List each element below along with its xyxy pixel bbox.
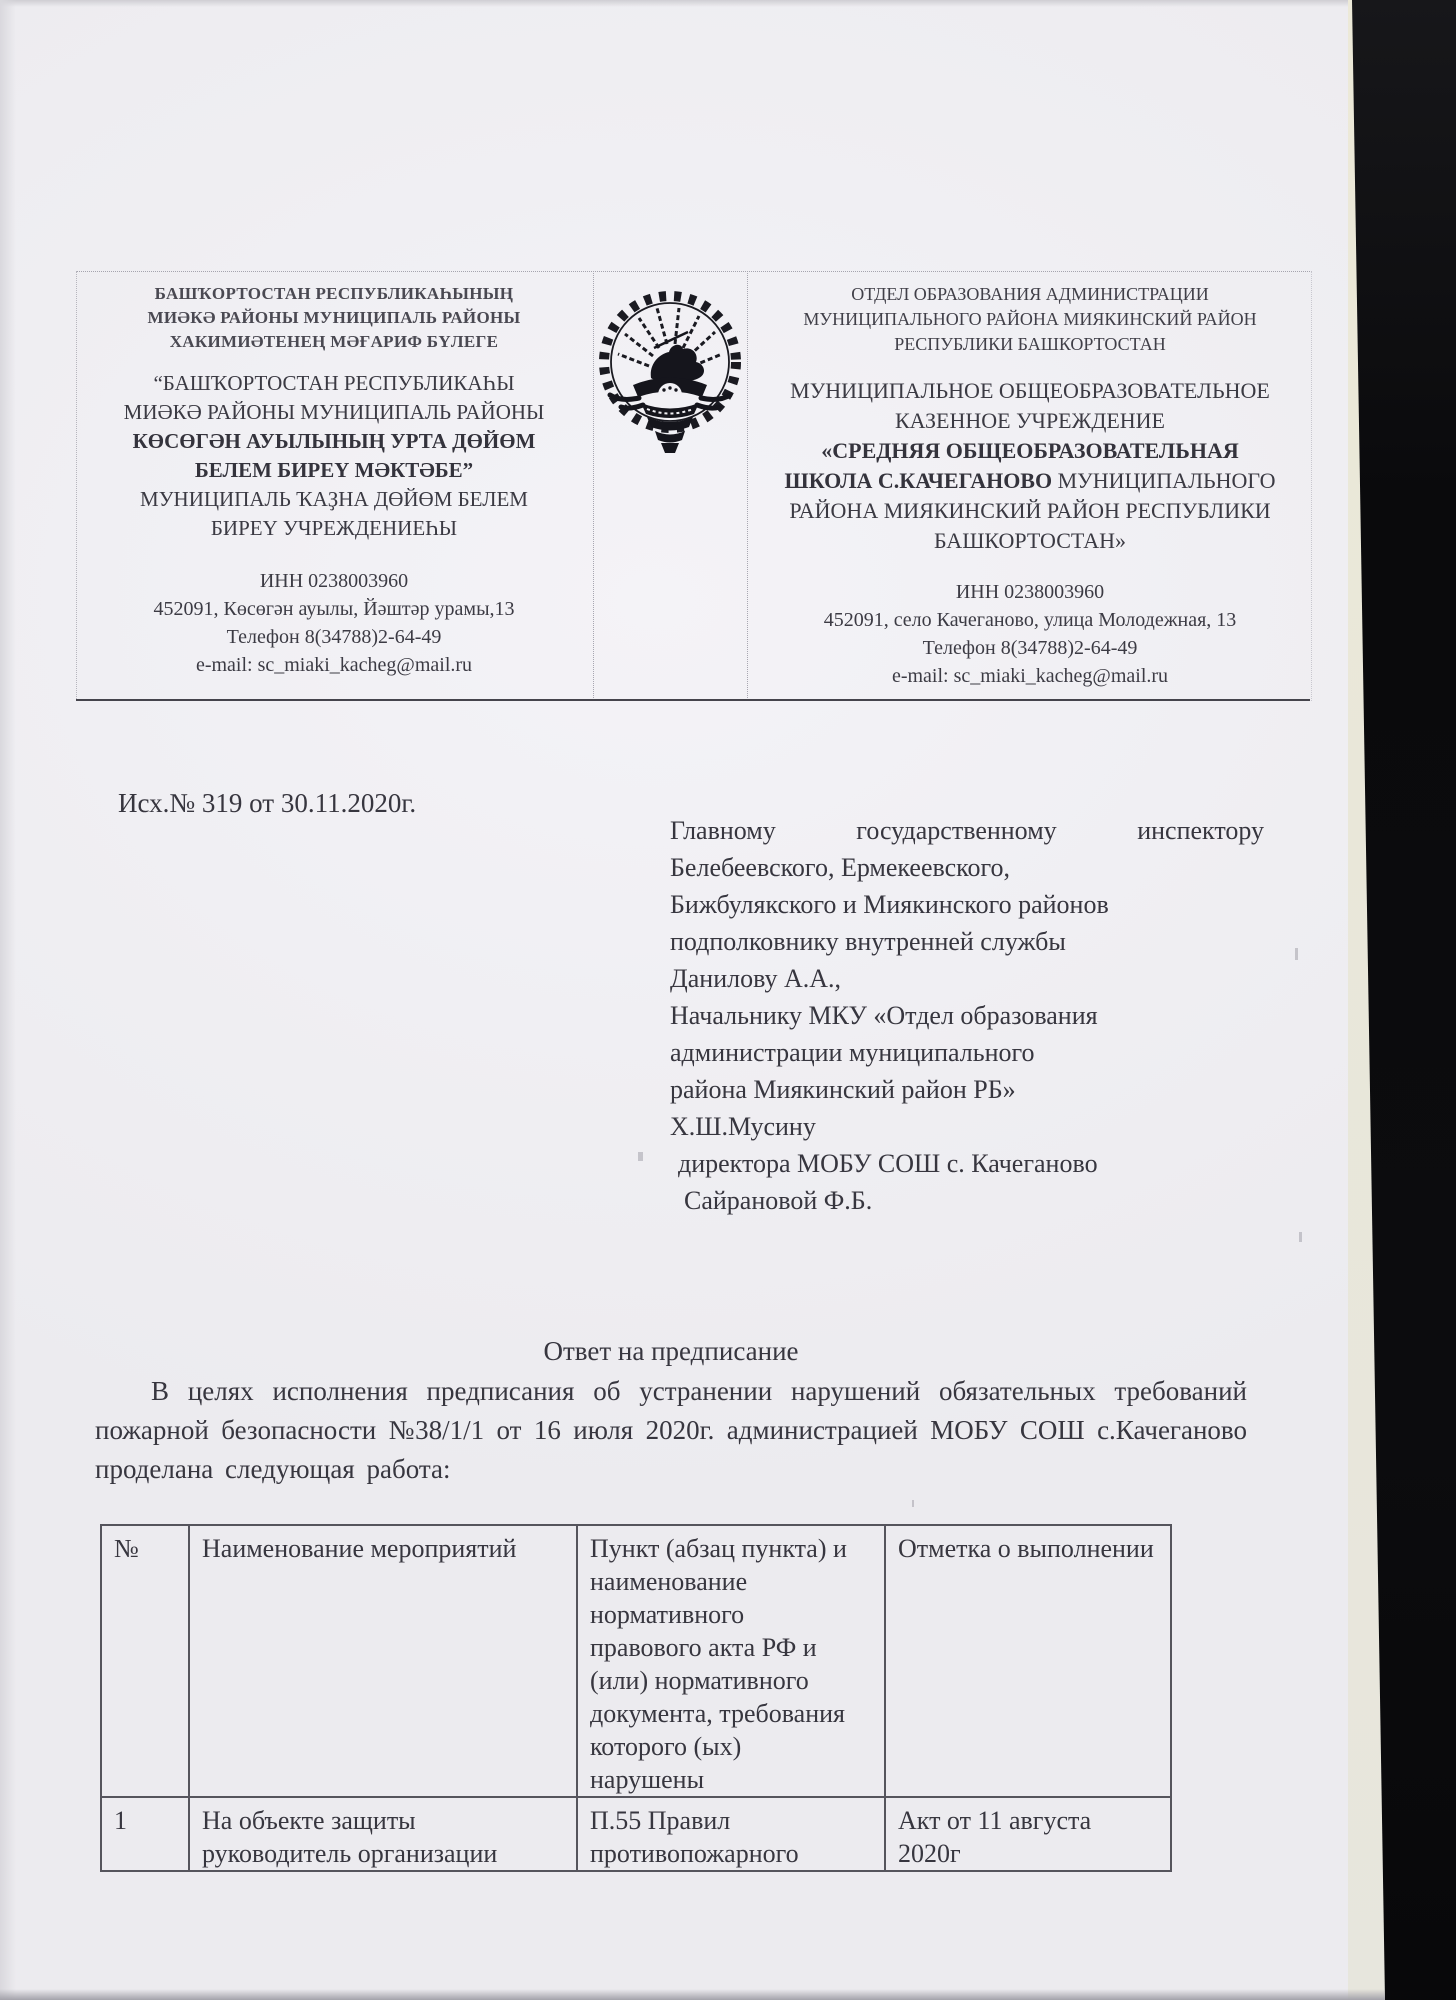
letterhead-divider-right [747,271,748,700]
paper-bottom-edge [0,1989,1385,2000]
body-paragraph: В целях исполнения предписания об устран… [95,1372,1247,1489]
letterhead-left-column: БАШҠОРТОСТАН РЕСПУБЛИКАҺЫНЫҢ МИӘКӘ РАЙОН… [80,282,588,679]
right-org-line: БАШКОРТОСТАН» [752,526,1308,556]
body-title: Ответ на предписание [95,1336,1247,1367]
table-header-status: Отметка о выполнении [885,1525,1171,1797]
table-cell-regulation: П.55 Правил противопожарного [577,1797,885,1871]
addressee-word: государственному [856,812,1056,849]
addressee-line: администрации муниципального [670,1034,1264,1071]
right-email: e-mail: sc_miaki_kacheg@mail.ru [752,662,1308,690]
addressee-line: директора МОБУ СОШ с. Качеганово [670,1145,1264,1182]
left-inn: ИНН 0238003960 [80,567,588,595]
right-org-regular-part: МУНИЦИПАЛЬНОГО [1052,468,1275,493]
scan-artifact [638,1152,643,1161]
bashkortostan-coat-of-arms-icon [594,286,746,458]
left-email: e-mail: sc_miaki_kacheg@mail.ru [80,651,588,679]
left-phone: Телефон 8(34788)2-64-49 [80,623,588,651]
table-header-row: № Наименование мероприятий Пункт (абзац … [101,1525,1171,1797]
addressee-line: подполковнику внутренней службы [670,923,1264,960]
scanned-document-page: БАШҠОРТОСТАН РЕСПУБЛИКАҺЫНЫҢ МИӘКӘ РАЙОН… [0,0,1456,2000]
table-row: 1 На объекте защиты руководитель организ… [101,1797,1171,1871]
addressee-line: Белебеевского, Ермекеевского, [670,849,1264,886]
addressee-line: Х.Ш.Мусину [670,1108,1264,1145]
addressee-line: Главному государственному инспектору [670,812,1264,849]
addressee-line: Начальнику МКУ «Отдел образования [670,997,1264,1034]
scan-artifact [1299,1232,1302,1242]
left-address: 452091, Көсөгән ауылы, Йәштәр урамы,13 [80,595,588,623]
right-dept-line: РЕСПУБЛИКИ БАШКОРТОСТАН [752,332,1308,357]
response-table: № Наименование мероприятий Пункт (абзац … [100,1524,1172,1872]
right-org-line: МУНИЦИПАЛЬНОЕ ОБЩЕОБРАЗОВАТЕЛЬНОЕ [752,376,1308,406]
right-org-line: «СРЕДНЯЯ ОБЩЕОБРАЗОВАТЕЛЬНАЯ [752,436,1308,466]
table-cell-number: 1 [101,1797,189,1871]
right-org-line: РАЙОНА МИЯКИНСКИЙ РАЙОН РЕСПУБЛИКИ [752,496,1308,526]
addressee-line: района Миякинский район РБ» [670,1071,1264,1108]
left-org-line: МИӘКӘ РАЙОНЫ МУНИЦИПАЛЬ РАЙОНЫ [80,398,588,427]
left-dept-line: ХАКИМИӘТЕНЕҢ МӘҒАРИФ БҮЛЕГЕ [80,330,588,354]
scan-artifact [912,1500,914,1507]
right-address: 452091, село Качеганово, улица Молодежна… [752,606,1308,634]
left-dept-line: МИӘКӘ РАЙОНЫ МУНИЦИПАЛЬ РАЙОНЫ [80,306,588,330]
right-dept-line: МУНИЦИПАЛЬНОГО РАЙОНА МИЯКИНСКИЙ РАЙОН [752,307,1308,332]
table-header-measure: Наименование мероприятий [189,1525,577,1797]
scan-artifact [1295,948,1298,960]
addressee-line: Сайрановой Ф.Б. [670,1182,1264,1219]
right-phone: Телефон 8(34788)2-64-49 [752,634,1308,662]
letterhead-right-column: ОТДЕЛ ОБРАЗОВАНИЯ АДМИНИСТРАЦИИ МУНИЦИПА… [752,282,1308,690]
right-org-bold-part: ШКОЛА С.КАЧЕГАНОВО [785,468,1053,493]
addressee-line: Бижбулякского и Миякинского районов [670,886,1264,923]
right-dept-line: ОТДЕЛ ОБРАЗОВАНИЯ АДМИНИСТРАЦИИ [752,282,1308,307]
right-org-line: КАЗЕННОЕ УЧРЕЖДЕНИЕ [752,406,1308,436]
table-header-number: № [101,1525,189,1797]
letterhead-rule [76,699,1310,701]
addressee-word: инспектору [1137,812,1264,849]
reference-number: Исх.№ 319 от 30.11.2020г. [118,788,416,819]
table-cell-status: Акт от 11 августа 2020г [885,1797,1171,1871]
left-org-line: “БАШҠОРТОСТАН РЕСПУБЛИКАҺЫ [80,369,588,398]
left-org-line: БИРЕҮ УЧРЕЖДЕНИЕҺЫ [80,514,588,543]
addressee-line: Данилову А.А., [670,960,1264,997]
left-org-line: БЕЛЕМ БИРЕҮ МӘКТӘБЕ” [80,456,588,485]
left-dept-line: БАШҠОРТОСТАН РЕСПУБЛИКАҺЫНЫҢ [80,282,588,306]
left-org-line: МУНИЦИПАЛЬ ҠАҘНА ДӨЙӨМ БЕЛЕМ [80,485,588,514]
addressee-block: Главному государственному инспектору Бел… [670,812,1264,1219]
left-org-line: КӨСӨГӘН АУЫЛЫНЫҢ УРТА ДӨЙӨМ [80,427,588,456]
addressee-word: Главному [670,812,776,849]
right-inn: ИНН 0238003960 [752,578,1308,606]
table-header-regulation: Пункт (абзац пункта) и наименование норм… [577,1525,885,1797]
table-cell-measure: На объекте защиты руководитель организац… [189,1797,577,1871]
right-org-line: ШКОЛА С.КАЧЕГАНОВО МУНИЦИПАЛЬНОГО [752,466,1308,496]
